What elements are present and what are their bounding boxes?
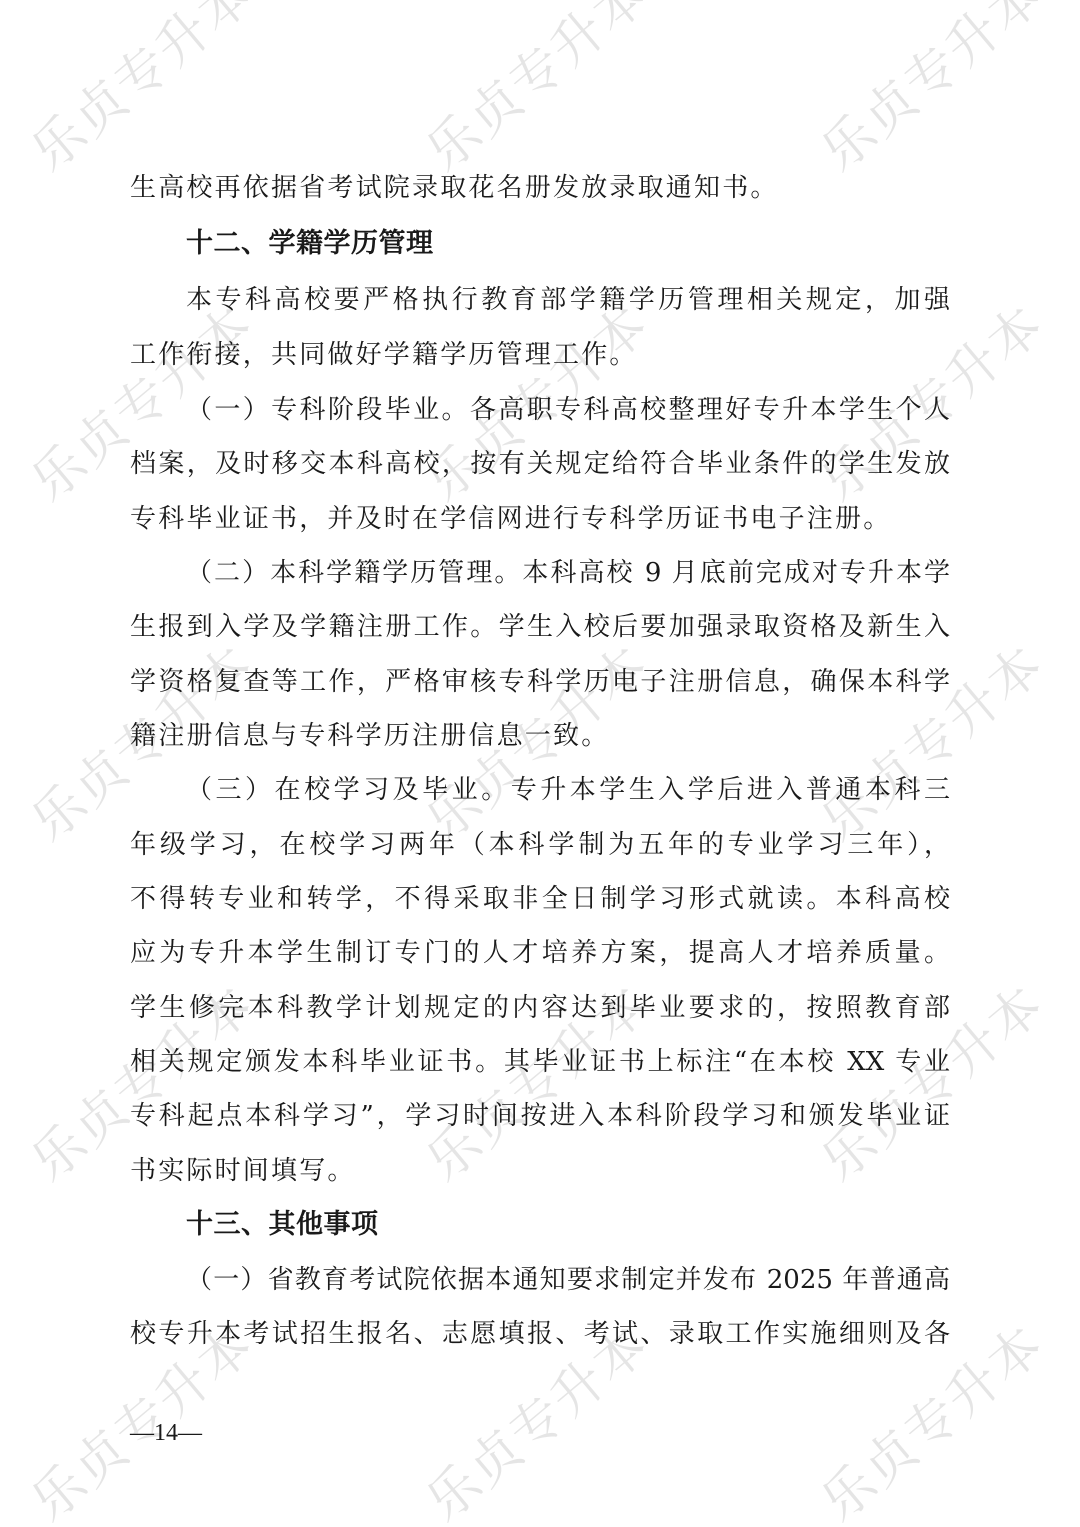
page-number: —14— (130, 1418, 202, 1448)
paragraph-line: 学资格复查等工作，严格审核专科学历电子注册信息，确保本科学 (130, 665, 950, 699)
watermark: 乐贞专升本 (12, 0, 267, 185)
paragraph-line: （一）省教育考试院依据本通知要求制定并发布 2025 年普通高 (186, 1263, 950, 1297)
paragraph-line: 校专升本考试招生报名、志愿填报、考试、录取工作实施细则及各 (130, 1317, 950, 1351)
paragraph-line: 专科起点本科学习”，学习时间按进入本科阶段学习和颁发毕业证 (130, 1099, 950, 1133)
watermark: 乐贞专升本 (407, 0, 662, 185)
document-page: 乐贞专升本 乐贞专升本 乐贞专升本 乐贞专升本 乐贞专升本 乐贞专升本 乐贞专升… (0, 0, 1080, 1527)
section-heading-13: 十三、其他事项 (186, 1208, 950, 1242)
paragraph-line: 本专科高校要严格执行教育部学籍学历管理相关规定，加强 (186, 283, 950, 317)
paragraph-line: 籍注册信息与专科学历注册信息一致。 (130, 719, 950, 753)
paragraph-line: （三）在校学习及毕业。专升本学生入学后进入普通本科三 (186, 773, 950, 807)
paragraph-line: 档案，及时移交本科高校，按有关规定给符合毕业条件的学生发放 (130, 447, 950, 481)
section-heading-12: 十二、学籍学历管理 (186, 227, 950, 261)
paragraph-line: （一）专科阶段毕业。各高职专科高校整理好专升本学生个人 (186, 393, 950, 427)
watermark: 乐贞专升本 (802, 0, 1057, 185)
paragraph-line: 生报到入学及学籍注册工作。学生入校后要加强录取资格及新生入 (130, 610, 950, 644)
paragraph-line: 相关规定颁发本科毕业证书。其毕业证书上标注“在本校 XX 专业 (130, 1045, 950, 1079)
paragraph-line: 工作衔接，共同做好学籍学历管理工作。 (130, 338, 950, 372)
paragraph-line: 应为专升本学生制订专门的人才培养方案，提高人才培养质量。 (130, 936, 950, 970)
paragraph-line: 专科毕业证书，并及时在学信网进行专科学历证书电子注册。 (130, 502, 950, 536)
paragraph-line: （二）本科学籍学历管理。本科高校 9 月底前完成对专升本学 (186, 556, 950, 590)
paragraph-line: 年级学习，在校学习两年（本科学制为五年的专业学习三年）， (130, 828, 950, 862)
paragraph-line: 不得转专业和转学，不得采取非全日制学习形式就读。本科高校 (130, 882, 950, 916)
paragraph-line: 生高校再依据省考试院录取花名册发放录取通知书。 (130, 171, 950, 205)
paragraph-line: 书实际时间填写。 (130, 1154, 950, 1188)
paragraph-line: 学生修完本科教学计划规定的内容达到毕业要求的，按照教育部 (130, 991, 950, 1025)
